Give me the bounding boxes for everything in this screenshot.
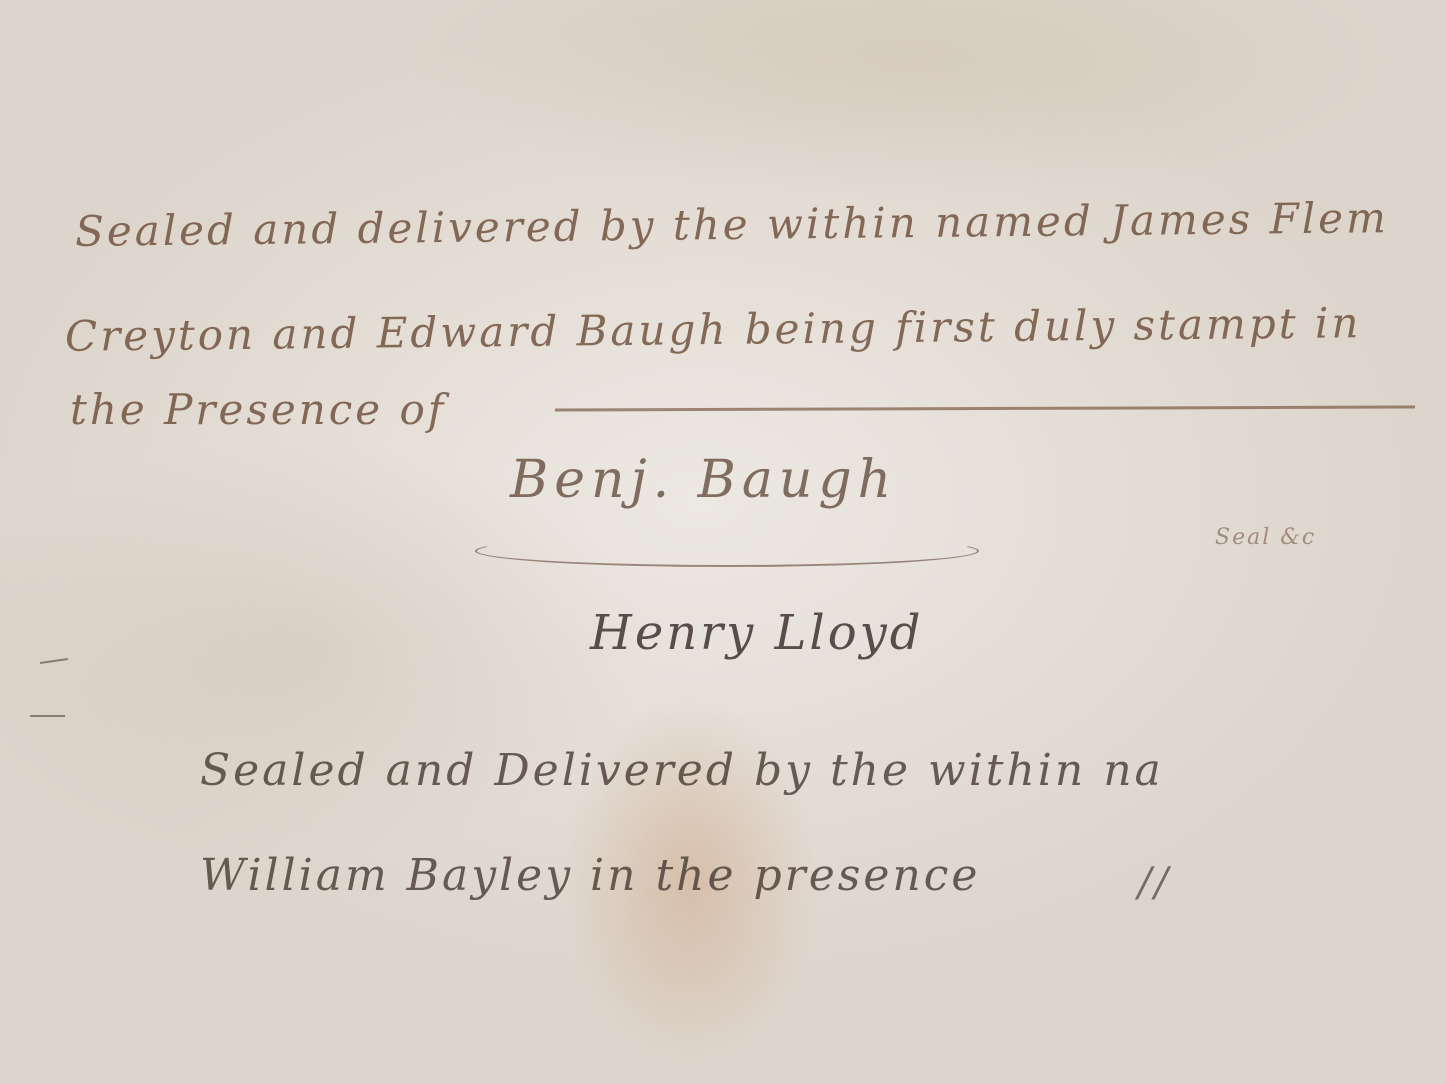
signature-rule	[555, 405, 1415, 411]
margin-mark	[40, 658, 68, 664]
margin-mark	[30, 715, 65, 717]
signature-flourish	[475, 535, 979, 567]
second-clause-line-1: Sealed and Delivered by the within na	[200, 745, 1164, 796]
second-clause-line-2: William Bayley in the presence	[200, 850, 980, 901]
attestation-line-2: Creyton and Edward Baugh being first dul…	[65, 298, 1362, 361]
attestation-line-3: the Presence of	[70, 385, 446, 434]
seal-note: Seal &c	[1215, 525, 1316, 550]
signature-benj-baugh: Benj. Baugh	[510, 450, 897, 510]
attestation-line-1: Sealed and delivered by the within named…	[75, 193, 1389, 256]
document-page: Sealed and delivered by the within named…	[0, 0, 1445, 1084]
signature-henry-lloyd: Henry Lloyd	[590, 605, 923, 661]
trailing-mark: //	[1138, 860, 1171, 906]
